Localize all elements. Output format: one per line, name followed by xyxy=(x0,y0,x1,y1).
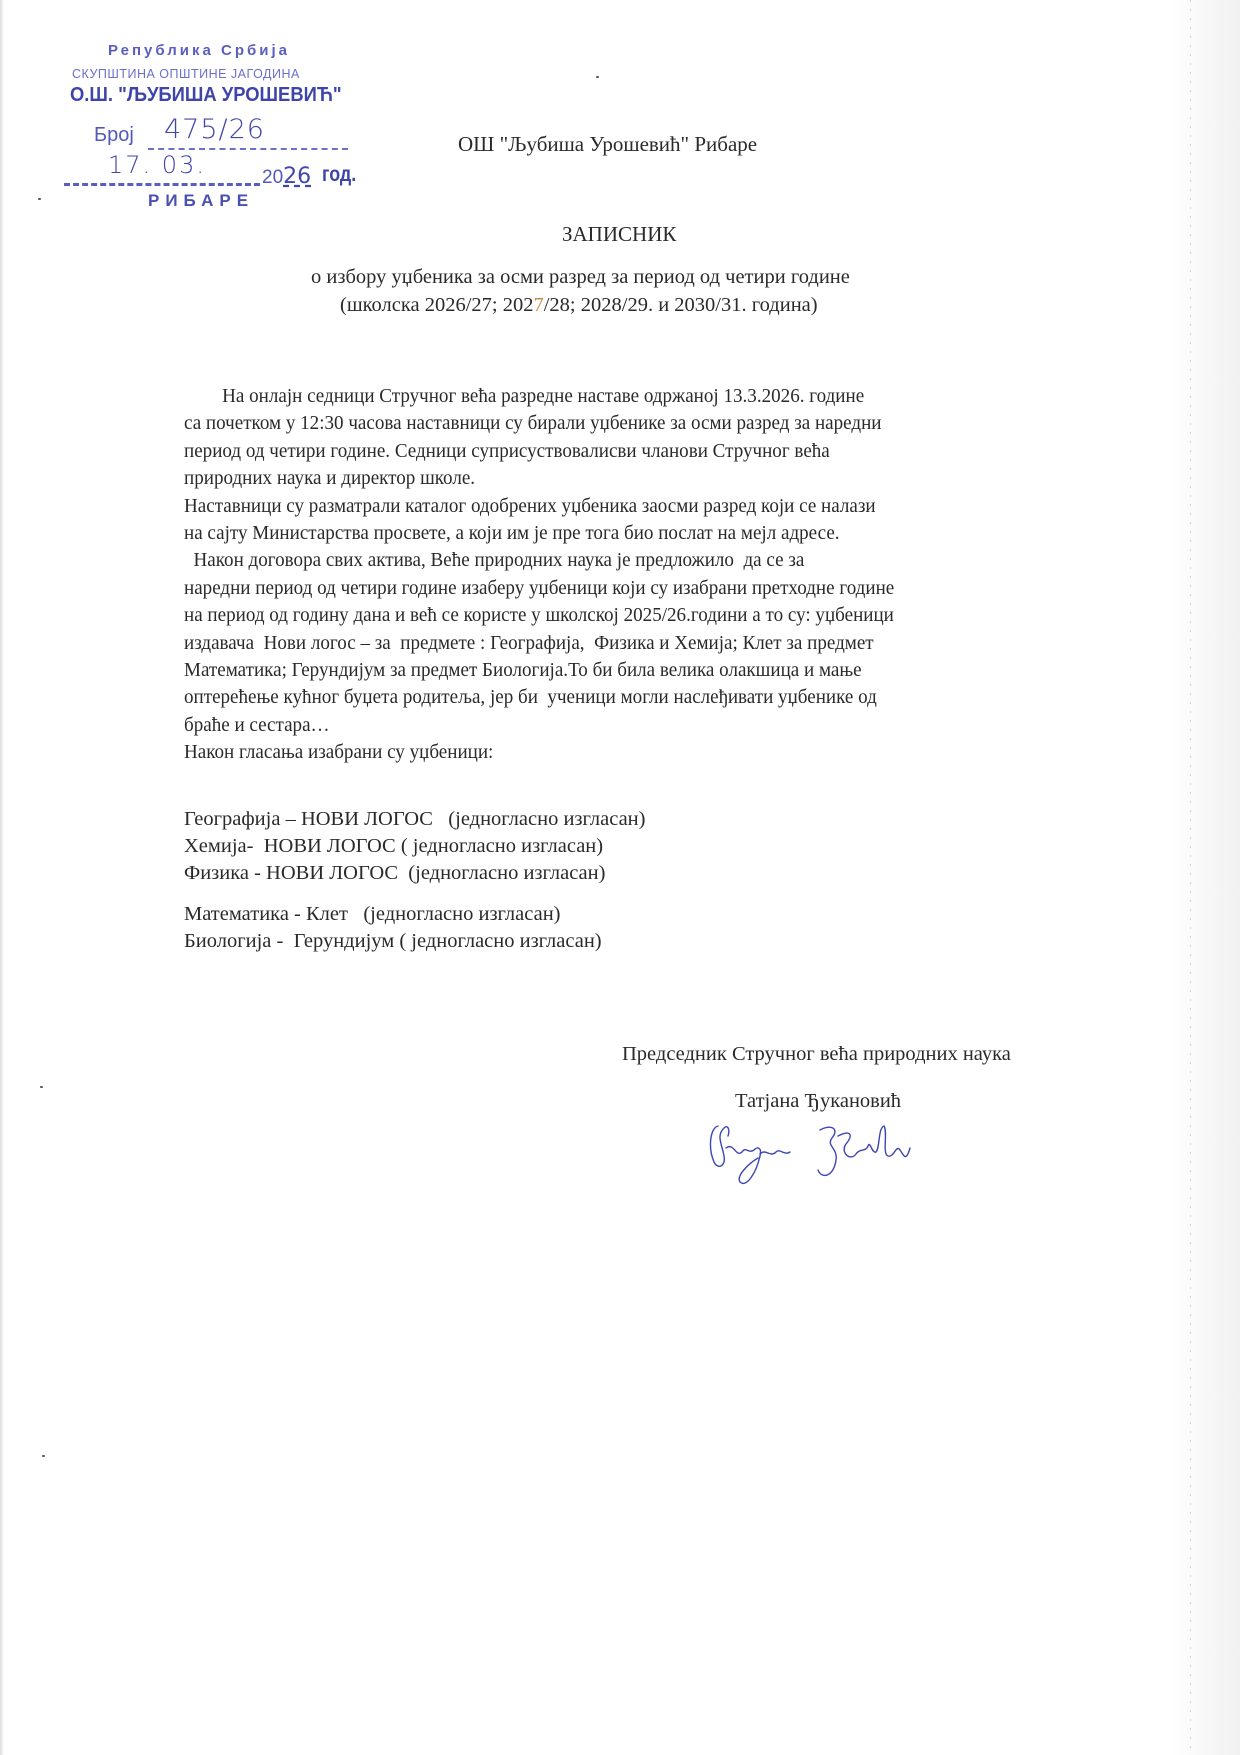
stamp-number-underline xyxy=(148,148,348,150)
body-line: период од четири године. Седници супрису… xyxy=(184,438,1021,465)
scan-speck xyxy=(40,1086,43,1088)
body-line: оптерећење кућног буџета родитеља, јер б… xyxy=(184,684,1021,711)
stamp-year-label: год. xyxy=(322,163,356,187)
result-mathematics: Математика - Клет (једногласно изгласан) xyxy=(184,901,645,928)
body-line: природних наука и директор школе. xyxy=(184,465,1021,492)
stamp-year-prefix: 20 xyxy=(262,167,283,188)
scan-speck xyxy=(42,1455,45,1457)
stamp-number-label: Број xyxy=(94,124,134,147)
subtitle-part-a: (школска 2026/27; 202 xyxy=(340,294,533,316)
stamp-republic: Република Србија xyxy=(108,42,290,59)
body-line: са почетком у 12:30 часова наставници су… xyxy=(184,410,1021,437)
body-line: на сајту Министарства просвете, а који и… xyxy=(184,520,1021,547)
body-line: Математика; Герундијум за предмет Биолог… xyxy=(184,657,1021,684)
results-gap xyxy=(184,887,645,901)
school-header: ОШ "Љубиша Урошевић" Рибаре xyxy=(458,130,757,158)
selected-textbooks-list: Географија – НОВИ ЛОГОС (једногласно изг… xyxy=(184,806,645,955)
signatory-name: Татјана Ђукановић xyxy=(735,1087,901,1115)
stamp-number-value: 475/26 xyxy=(164,114,265,145)
document-subtitle-line1: о избору уџбеника за осми разред за пери… xyxy=(311,263,850,291)
body-line: на период од годину дана и већ се корист… xyxy=(184,602,1021,629)
result-physics: Физика - НОВИ ЛОГОС (једногласно изгласа… xyxy=(184,860,645,887)
signatory-role: Председник Стручног већа природних наука xyxy=(622,1040,1011,1068)
handwritten-signature xyxy=(700,1118,940,1198)
body-line: издавача Нови логос – за предмете : Геог… xyxy=(184,630,1021,657)
stamp-year: 2026 xyxy=(262,164,311,189)
subtitle-part-b: /28; 2028/29. и 2030/31. година) xyxy=(544,294,818,316)
stamp-date-value: 17. 03. xyxy=(108,151,206,179)
body-line: браће и сестара… xyxy=(184,712,1021,739)
document-body: На онлајн седници Стручног већа разредне… xyxy=(184,383,1084,767)
body-line: На онлајн седници Стручног већа разредне… xyxy=(184,383,1021,410)
stamp-place: РИБАРЕ xyxy=(148,191,254,211)
stamp-date-underline xyxy=(64,183,260,186)
scan-edge-left xyxy=(0,0,4,1755)
scan-speck xyxy=(38,198,41,200)
subtitle-marked-digit: 7 xyxy=(533,294,543,316)
result-chemistry: Хемија- НОВИ ЛОГОС ( једногласно изгласа… xyxy=(184,833,645,860)
stamp-year-suffix: 26 xyxy=(283,164,311,189)
result-biology: Биологија - Герундијум ( једногласно изг… xyxy=(184,928,645,955)
body-line: Након договора свих актива, Веће природн… xyxy=(184,547,1021,574)
stamp-assembly: СКУПШТИНА ОПШТИНЕ ЈАГОДИНА xyxy=(72,67,300,81)
result-geography: Географија – НОВИ ЛОГОС (једногласно изг… xyxy=(184,806,645,833)
body-line: Наставници су разматрали каталог одобрен… xyxy=(184,493,1021,520)
scan-edge-right xyxy=(1172,0,1240,1755)
document-subtitle-line2: (школска 2026/27; 2027/28; 2028/29. и 20… xyxy=(340,291,818,319)
document-title: ЗАПИСНИК xyxy=(562,220,676,248)
registry-stamp: Република Србија СКУПШТИНА ОПШТИНЕ ЈАГОД… xyxy=(64,36,374,216)
body-line: наредни период од четири године изаберу … xyxy=(184,575,1021,602)
scan-speck xyxy=(596,76,599,78)
body-line: Након гласања изабрани су уџбеници: xyxy=(184,739,1021,766)
stamp-school: О.Ш. "ЉУБИША УРОШЕВИЋ" xyxy=(70,84,342,107)
